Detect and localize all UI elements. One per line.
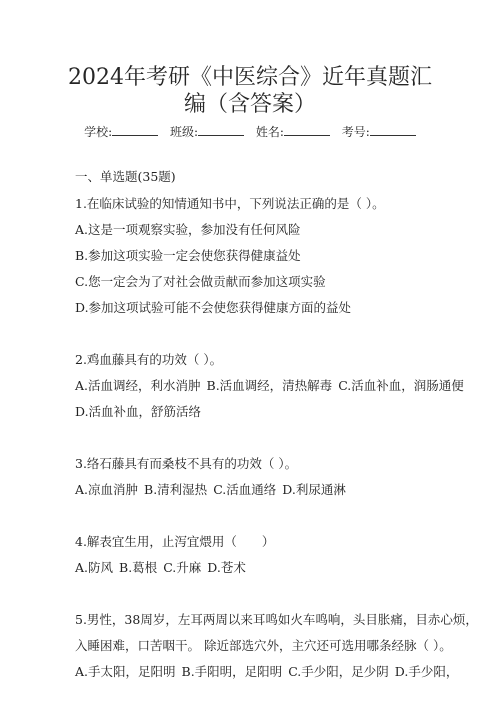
question-4-option-b: B.葛根 xyxy=(119,560,157,575)
question-2-option-b: B.活血调经，清热解毒 xyxy=(207,378,333,393)
question-3-options-row: A.凉血消肿B.清利湿热C.活血通络D.利尿通淋 xyxy=(75,482,352,498)
exam-number-label: 考号: xyxy=(342,125,370,139)
question-2-options-row: A.活血调经，利水消肿B.活血调经，清热解毒C.活血补血，润肠通便 xyxy=(75,378,470,394)
question-1-option-d: D.参加这项试验可能不会使您获得健康方面的益处 xyxy=(75,300,351,316)
question-5-option-b: B.手阳明，足阳明 xyxy=(182,664,283,679)
question-5-option-d: D.手少阳， xyxy=(395,664,459,679)
question-3-option-b: B.清利湿热 xyxy=(144,482,207,497)
question-4-options-row: A.防风B.葛根C.升麻D.苍术 xyxy=(75,560,252,576)
question-2-option-a: A.活血调经，利水消肿 xyxy=(75,378,201,393)
question-3-option-d: D.利尿通淋 xyxy=(282,482,346,497)
school-field[interactable]: 学校: xyxy=(84,124,158,140)
question-3-option-a: A.凉血消肿 xyxy=(75,482,138,497)
question-5-option-a: A.手太阳，足阳明 xyxy=(75,664,176,679)
question-4-option-d: D.苍术 xyxy=(207,560,246,575)
name-blank[interactable] xyxy=(284,124,330,136)
question-1-option-c: C.您一定会为了对社会做贡献而参加这项实验 xyxy=(75,274,326,290)
class-field[interactable]: 班级: xyxy=(170,124,244,140)
school-blank[interactable] xyxy=(112,124,158,136)
question-5-options-row: A.手太阳，足阳明B.手阳明，足阳明C.手少阳，足少阴D.手少阳， xyxy=(75,664,464,680)
question-2-stem: 2.鸡血藤具有的功效（ ）。 xyxy=(75,352,222,368)
question-3-stem: 3.络石藤具有而桑枝不具有的功效（ ）。 xyxy=(75,456,297,472)
question-2-option-c: C.活血补血，润肠通便 xyxy=(338,378,464,393)
question-4-option-c: C.升麻 xyxy=(163,560,201,575)
question-5-stem-line-2: 入睡困难，口苦咽干。 除近部选穴外，主穴还可选用哪条经脉（ ）。 xyxy=(75,638,452,654)
question-1-option-a: A.这是一项观察实验，参加没有任何风险 xyxy=(75,222,301,238)
document-title: 2024年考研《中医综合》近年真题汇编（含答案） xyxy=(60,64,440,118)
school-label: 学校: xyxy=(84,125,112,139)
name-field[interactable]: 姓名: xyxy=(256,124,330,140)
question-4-stem: 4.解表宜生用，止泻宜煨用（ ） xyxy=(75,534,274,550)
section-heading: 一、单选题(35题) xyxy=(75,169,176,185)
question-5-option-c: C.手少阳，足少阴 xyxy=(288,664,389,679)
question-2-option-d: D.活血补血，舒筋活络 xyxy=(75,404,201,420)
question-5-stem-line-1: 5.男性，38周岁，左耳两周以来耳鸣如火车鸣响，头目胀痛，目赤心烦， xyxy=(75,612,478,628)
question-1-option-b: B.参加这项实验一定会使您获得健康益处 xyxy=(75,248,301,264)
name-label: 姓名: xyxy=(256,125,284,139)
class-label: 班级: xyxy=(170,125,198,139)
student-info-line: 学校: 班级: 姓名: 考号: xyxy=(0,124,500,140)
exam-number-field[interactable]: 考号: xyxy=(342,124,416,140)
class-blank[interactable] xyxy=(198,124,244,136)
exam-number-blank[interactable] xyxy=(370,124,416,136)
question-3-option-c: C.活血通络 xyxy=(213,482,276,497)
question-4-option-a: A.防风 xyxy=(75,560,113,575)
question-1-stem: 1.在临床试验的知情通知书中，下列说法正确的是（ ）。 xyxy=(75,196,385,212)
